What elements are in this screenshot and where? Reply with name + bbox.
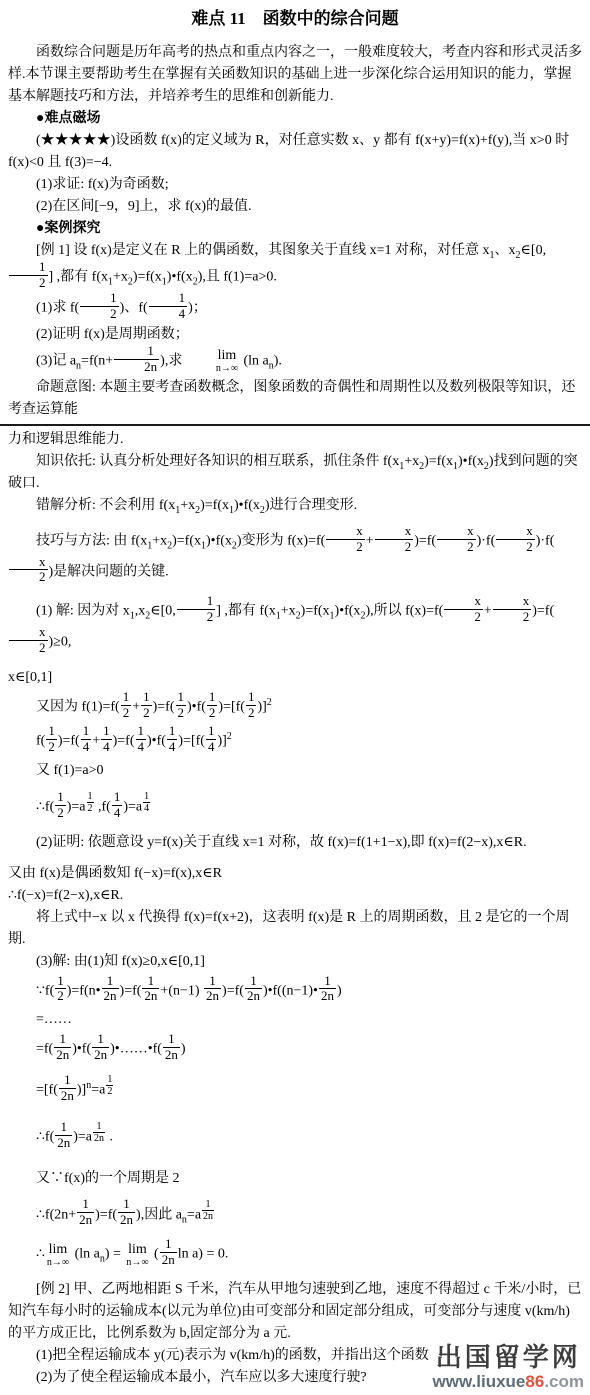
formula-line: ∴f(12n)=a12n . xyxy=(36,1121,582,1153)
fraction: 12 xyxy=(46,724,57,755)
fraction: 14 xyxy=(206,724,217,755)
fraction: 14 xyxy=(81,724,92,755)
section-heading: ●案例探究 xyxy=(8,218,582,240)
fraction: 12 xyxy=(141,690,152,721)
fraction: x2 xyxy=(9,555,48,586)
paragraph: 知识依托: 认真分析处理好各知识的相互联系，抓住条件 f(x1+x2)=f(x1… xyxy=(8,451,582,495)
fraction: 12n xyxy=(118,1197,135,1228)
paragraph: (1)求 f(12)、f(14)； xyxy=(8,293,582,324)
formula-line: 又 f(1)=a>0 xyxy=(36,760,582,782)
fraction: 14 xyxy=(112,790,123,821)
fraction: x2 xyxy=(9,625,48,656)
fraction: 12 xyxy=(80,291,119,322)
fraction: 12 xyxy=(176,690,187,721)
watermark-url-highlight: 86 xyxy=(525,1372,544,1391)
fraction: 12n xyxy=(102,974,119,1005)
paragraph: (★★★★★)设函数 f(x)的定义域为 R，对任意实数 x、y 都有 f(x+… xyxy=(8,130,582,174)
fraction: 12n xyxy=(55,1120,72,1151)
fraction: 12 xyxy=(207,690,218,721)
fraction: 14 xyxy=(167,724,178,755)
fraction: 14 xyxy=(143,791,150,814)
fraction: 12n xyxy=(54,1032,71,1063)
limit-operator: limn→∞ xyxy=(47,1242,69,1268)
paragraph: 命题意图: 本题主要考查函数概念，图象函数的奇偶性和周期性以及数列极限等知识，还… xyxy=(8,377,582,421)
fraction: 12n xyxy=(114,344,159,375)
limit-operator: limn→∞ xyxy=(188,348,238,374)
fraction: 12 xyxy=(177,594,216,625)
fraction: x2 xyxy=(326,524,365,555)
paragraph: ∴f(−x)=f(2−x),x∈R. xyxy=(8,885,582,907)
watermark: 出国留学网 www.liuxue86.com xyxy=(429,1343,585,1392)
formula-line: 又因为 f(1)=f(12+12)=f(12)•f(12)=[f(12)]2 xyxy=(36,692,582,723)
paragraph: 又由 f(x)是偶函数知 f(−x)=f(x),x∈R xyxy=(8,863,582,885)
watermark-url-suffix: .com xyxy=(544,1372,584,1391)
fraction: x2 xyxy=(375,524,414,555)
formula-line: ∴f(12)=a12 ,f(14)=a14 xyxy=(36,791,582,823)
paragraph: 错解分析: 不会利用 f(x1+x2)=f(x1)•f(x2)进行合理变形. xyxy=(8,495,582,517)
paragraph: (1) 解: 因为对 x1,x2∈[0,12] ,都有 f(x1+x2)=f(x… xyxy=(8,596,582,658)
formula-line: ∵f(12)=f(n•12n)=f(12n+(n−1) 12n)=f(12n)•… xyxy=(36,976,582,1007)
limit-operator: limn→∞ xyxy=(126,1242,148,1268)
paragraph: 将上式中−x 以 x 代换得 f(x)=f(x+2)，这表明 f(x)是 R 上… xyxy=(8,907,582,951)
paragraph: [例 1] 设 f(x)是定义在 R 上的偶函数，其图象关于直线 x=1 对称，… xyxy=(8,240,582,293)
fraction: 14 xyxy=(136,724,147,755)
fraction: 14 xyxy=(149,291,188,322)
fraction: x2 xyxy=(444,594,483,625)
fraction: 12n xyxy=(160,1237,177,1268)
formula-line: 又∵f(x)的一个周期是 2 xyxy=(36,1168,582,1190)
watermark-site-name: 出国留学网 xyxy=(433,1343,585,1373)
formula-line: =[f(12n)]n=a12 xyxy=(36,1074,582,1106)
paragraph: 技巧与方法: 由 f(x1+x2)=f(x1)•f(x2)变形为 f(x)=f(… xyxy=(8,526,582,588)
fraction: x2 xyxy=(496,524,535,555)
document-body: 难点 11 函数中的综合问题函数综合问题是历年高考的热点和重点内容之一，一般难度… xyxy=(8,8,582,1389)
paragraph: (2)证明 f(x)是周期函数； xyxy=(8,324,582,346)
document-title: 难点 11 函数中的综合问题 xyxy=(8,8,582,30)
fraction: x2 xyxy=(493,594,532,625)
fraction: 12 xyxy=(9,260,48,291)
paragraph: [例 2] 甲、乙两地相距 S 千米，汽车从甲地匀速驶到乙地，速度不得超过 c … xyxy=(8,1279,582,1345)
fraction: 12n xyxy=(204,974,221,1005)
fraction: 12 xyxy=(87,791,94,814)
formula-line: =f(12n)•f(12n)•……•f(12n) xyxy=(36,1034,582,1065)
paragraph: (2)证明: 依题意设 y=f(x)关于直线 x=1 对称，故 f(x)=f(1… xyxy=(8,832,582,854)
fraction: 12 xyxy=(55,790,66,821)
fraction: 12n xyxy=(93,1121,105,1144)
watermark-url-link[interactable]: www.liuxue86.com xyxy=(433,1372,585,1392)
watermark-url-prefix: www.liuxue xyxy=(433,1372,526,1391)
paragraph: (2)在区间[−9，9]上，求 f(x)的最值. xyxy=(8,196,582,218)
formula-line: ∴limn→∞ (ln an) = limn→∞ (12nln a) = 0. xyxy=(36,1239,582,1270)
fraction: 14 xyxy=(101,724,112,755)
fraction: 12 xyxy=(121,690,132,721)
fraction: x2 xyxy=(437,524,476,555)
paragraph: (3)解: 由(1)知 f(x)≥0,x∈[0,1] xyxy=(8,951,582,973)
formula-line: f(12)=f(14+14)=f(14)•f(14)=[f(14)]2 xyxy=(36,726,582,757)
paragraph: (3)记 an=f(n+12n),求 limn→∞ (ln an). xyxy=(8,346,582,377)
fraction: 12n xyxy=(92,1032,109,1063)
formula-line: ∴f(2n+12n)=f(12n),因此 an=a12n xyxy=(36,1199,582,1231)
page-divider-line xyxy=(0,424,590,426)
formula-line: =…… xyxy=(36,1009,582,1031)
fraction: 12n xyxy=(163,1032,180,1063)
fraction: 12n xyxy=(142,974,159,1005)
fraction: 12n xyxy=(77,1197,94,1228)
fraction: 12n xyxy=(202,1199,214,1222)
fraction: 12 xyxy=(106,1074,113,1097)
paragraph: 力和逻辑思维能力. xyxy=(8,429,582,451)
paragraph: x∈[0,1] xyxy=(8,667,582,689)
section-heading: ●难点磁场 xyxy=(8,108,582,130)
fraction: 12n xyxy=(319,974,336,1005)
paragraph: (1)求证: f(x)为奇函数; xyxy=(8,174,582,196)
fraction: 12 xyxy=(246,690,257,721)
paragraph: 函数综合问题是历年高考的热点和重点内容之一，一般难度较大，考查内容和形式灵活多样… xyxy=(8,42,582,108)
fraction: 12 xyxy=(55,974,66,1005)
document-page: 难点 11 函数中的综合问题函数综合问题是历年高考的热点和重点内容之一，一般难度… xyxy=(0,0,590,1395)
fraction: 12n xyxy=(59,1073,76,1104)
fraction: 12n xyxy=(245,974,262,1005)
